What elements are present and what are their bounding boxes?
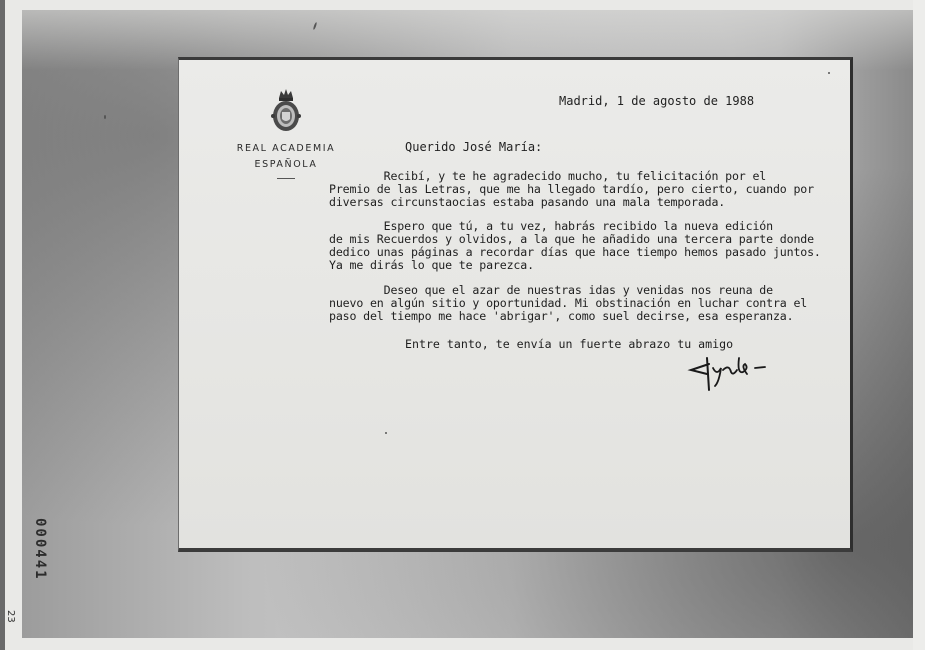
royal-crest-icon (269, 88, 303, 134)
letter-paragraph: Deseo que el azar de nuestras idas y ven… (329, 284, 807, 323)
letter-sheet: REAL ACADEMIA ESPAÑOLA Madrid, 1 de agos… (178, 57, 853, 552)
scan-speck (828, 72, 830, 74)
page-number: 23 (5, 610, 16, 623)
letter-paragraph: Espero que tú, a tu vez, habrás recibido… (329, 220, 821, 272)
letterhead-institution-line1: REAL ACADEMIA (231, 142, 341, 156)
scan-speck (385, 432, 387, 434)
letterhead-institution-line2: ESPAÑOLA (231, 158, 341, 172)
letterhead-rule (277, 178, 295, 179)
letter-date: Madrid, 1 de agosto de 1988 (559, 94, 754, 108)
letterhead: REAL ACADEMIA ESPAÑOLA (231, 88, 341, 179)
scan-edge-left (0, 0, 5, 650)
letter-salutation: Querido José María: (405, 140, 542, 154)
handwritten-signature-icon (687, 352, 787, 392)
archive-stamp-number: 000441 (32, 518, 48, 581)
letter-paragraph: Recibí, y te he agradecido mucho, tu fel… (329, 170, 814, 209)
scan-speck (104, 115, 106, 119)
scan-edge-right (913, 0, 925, 650)
letter-closing: Entre tanto, te envía un fuerte abrazo t… (405, 337, 733, 351)
